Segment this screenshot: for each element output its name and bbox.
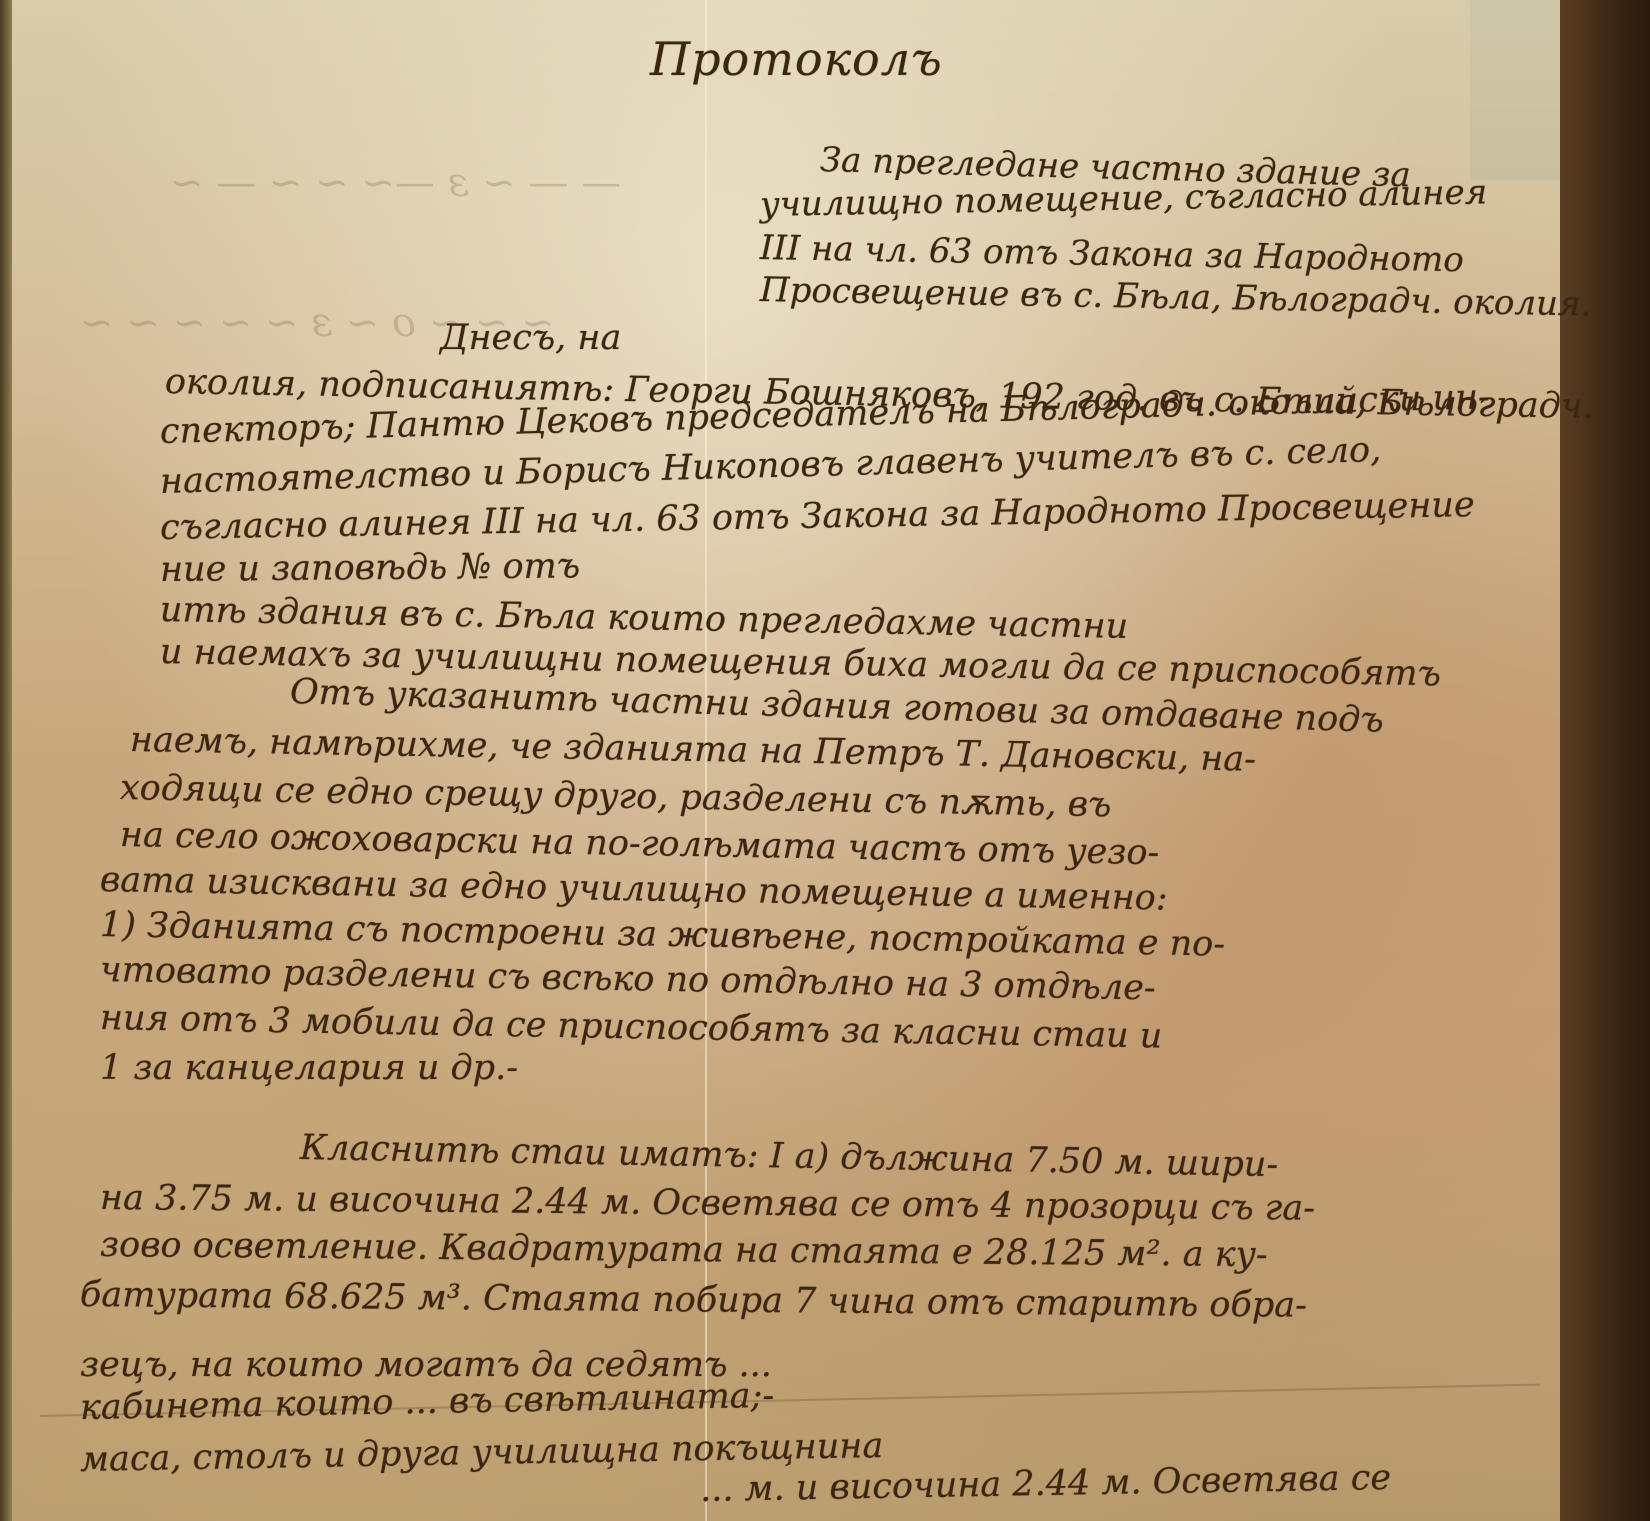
body-line: 1 за канцелария и др.-: [100, 1048, 518, 1088]
document-title: Протоколъ: [650, 32, 943, 86]
body-line: Днесъ, на: [440, 318, 621, 358]
document-photo: — — ~ з —~ ~ ~ — ~ ~ ~ ~ о ~ з ~ ~ ~ ~ ~…: [0, 0, 1650, 1521]
bleed-through-text: — — ~ з —~ ~ ~ — ~: [170, 160, 621, 206]
table-background: [1560, 0, 1650, 1521]
body-line: ние и заповѣдь № отъ: [160, 546, 580, 590]
